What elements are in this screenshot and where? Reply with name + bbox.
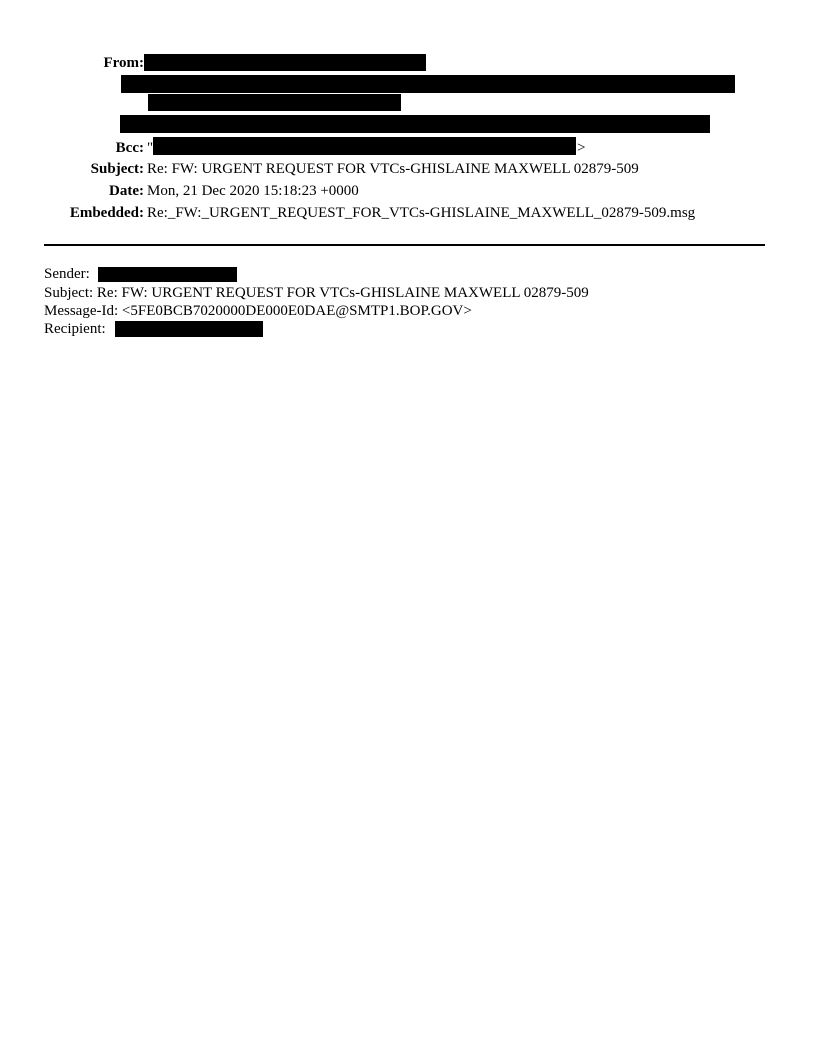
message-id-row: Message-Id: <5FE0BCB7020000DE000E0DAE@SM… [44, 302, 472, 320]
embedded-attachment-link[interactable]: Re:_FW:_URGENT_REQUEST_FOR_VTCs-GHISLAIN… [147, 204, 695, 222]
redaction-from [144, 54, 426, 71]
meta-subject-label: Subject: [44, 285, 93, 301]
recipient-row: Recipient: [44, 320, 106, 338]
subject-label: Subject: [91, 160, 144, 178]
header-divider [44, 244, 765, 246]
redaction-recipients-line-3 [120, 115, 710, 133]
message-id-value: <5FE0BCB7020000DE000E0DAE@SMTP1.BOP.GOV> [122, 303, 472, 319]
sender-row: Sender: [44, 265, 90, 283]
redaction-sender [98, 267, 237, 282]
redaction-recipient [115, 321, 263, 337]
date-label: Date: [109, 182, 144, 200]
redaction-recipients-line-2 [148, 94, 401, 111]
bcc-suffix: > [577, 139, 585, 157]
bcc-label: Bcc: [116, 139, 144, 157]
redaction-bcc [153, 137, 576, 155]
recipient-label: Recipient: [44, 321, 106, 337]
message-id-label: Message-Id: [44, 303, 118, 319]
meta-subject-row: Subject: Re: FW: URGENT REQUEST FOR VTCs… [44, 284, 589, 302]
subject-value: Re: FW: URGENT REQUEST FOR VTCs-GHISLAIN… [147, 160, 639, 178]
embedded-label: Embedded: [70, 204, 144, 222]
from-label: From: [103, 54, 144, 72]
date-value: Mon, 21 Dec 2020 15:18:23 +0000 [147, 182, 359, 200]
redaction-recipients-line-1 [121, 75, 735, 93]
meta-subject-value: Re: FW: URGENT REQUEST FOR VTCs-GHISLAIN… [97, 285, 589, 301]
sender-label: Sender: [44, 266, 90, 282]
